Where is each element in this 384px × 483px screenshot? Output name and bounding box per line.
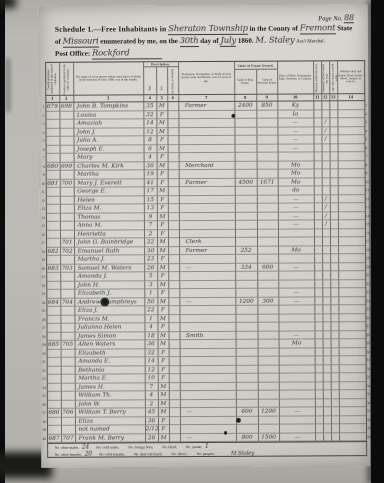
- personal-estate-value: [257, 127, 278, 136]
- remarks-value: [339, 271, 365, 280]
- color-value: [168, 221, 179, 230]
- birthplace-value: [279, 314, 315, 323]
- personal-estate-value: [257, 195, 278, 204]
- family-number: [60, 205, 74, 214]
- occupation-value: [179, 153, 235, 162]
- school-mark: [323, 288, 331, 297]
- row-number-right: 17: [366, 237, 371, 246]
- real-estate-value: [235, 204, 257, 213]
- real-estate-value: 1200: [236, 297, 258, 306]
- age-value: 10: [145, 374, 158, 383]
- age-value: 1: [145, 315, 158, 324]
- school-mark: [323, 416, 331, 425]
- family-number: [61, 273, 75, 282]
- person-name: John J.: [74, 128, 144, 137]
- color-value: [170, 434, 181, 443]
- family-number: [60, 188, 74, 197]
- real-estate-value: [235, 229, 257, 238]
- married-mark: [314, 203, 322, 212]
- real-estate-value: [235, 161, 257, 170]
- person-name: Amaziah: [74, 119, 144, 128]
- married-mark: [315, 399, 323, 408]
- col-num-8: 8: [235, 95, 257, 101]
- real-estate-value: [236, 365, 258, 374]
- personal-estate-value: 1500: [259, 433, 280, 442]
- color-value: [168, 111, 179, 120]
- col-header-married: Married within the year.: [314, 61, 322, 93]
- cannot-read-mark: [330, 186, 338, 195]
- occupation-value: [180, 374, 236, 383]
- personal-estate-value: [258, 365, 279, 374]
- person-name: Louisa: [74, 111, 144, 120]
- census-table: Dwelling-houses numbered in the order of…: [39, 60, 370, 458]
- birthplace-value: [279, 416, 315, 425]
- personal-estate-value: [258, 348, 279, 357]
- family-number: [61, 400, 75, 409]
- family-number: [61, 366, 75, 375]
- dwelling-number: [46, 213, 60, 222]
- row-number-right: 29: [366, 339, 371, 348]
- real-estate-value: 252: [236, 246, 258, 255]
- col-group-description: Description. Age. Sex. Color—White, blac…: [144, 62, 179, 94]
- school-mark: [323, 305, 331, 314]
- col-header-personal-estate: Value of Personal Estate.: [257, 70, 278, 94]
- school-mark: [323, 246, 331, 255]
- person-name: Elizabeth J.: [75, 289, 145, 298]
- personal-estate-value: [258, 374, 279, 383]
- ink-blot-small: [231, 114, 235, 118]
- sex-value: F: [157, 170, 168, 179]
- sex-value: M: [157, 162, 168, 171]
- person-name: Francis M.: [75, 315, 145, 324]
- birthplace-value: —: [279, 297, 315, 306]
- dwelling-number: [46, 171, 60, 180]
- real-estate-value: [236, 331, 258, 340]
- remarks-value: [339, 297, 365, 306]
- color-value: [168, 128, 179, 137]
- family-number: [60, 213, 74, 222]
- dwelling-number: [47, 400, 61, 409]
- color-value: [169, 332, 180, 341]
- color-value: [169, 366, 180, 375]
- family-number: [61, 332, 75, 341]
- sex-value: F: [157, 221, 168, 230]
- occupation-value: [180, 255, 236, 264]
- dwelling-number: [47, 349, 61, 358]
- person-name: Andrew Humphreys: [75, 298, 145, 307]
- col-num-3: 3: [74, 95, 144, 101]
- family-number: [61, 417, 75, 426]
- person-name: William Th.: [75, 391, 145, 400]
- cannot-read-mark: [330, 212, 338, 221]
- family-number: [60, 171, 74, 180]
- birthplace-value: —: [278, 203, 314, 212]
- birthplace-value: —: [279, 263, 315, 272]
- remarks-value: [339, 356, 365, 365]
- personal-estate-value: [258, 306, 279, 315]
- personal-estate-value: [258, 280, 279, 289]
- person-name: Elizabeth: [75, 349, 145, 358]
- remarks-value: [338, 229, 364, 238]
- personal-estate-value: [258, 382, 279, 391]
- sex-value: M: [158, 281, 169, 290]
- cannot-read-mark: [331, 314, 339, 323]
- real-estate-value: 4500: [235, 178, 257, 187]
- footer-tally: No. idiotic,: [171, 450, 189, 457]
- ink-blot-tiny: [224, 431, 227, 435]
- color-value: [169, 289, 180, 298]
- married-mark: [316, 433, 324, 442]
- dwelling-number: [46, 137, 60, 146]
- real-estate-value: [235, 170, 257, 179]
- occupation-value: [179, 212, 235, 221]
- occupation-value: [180, 382, 236, 391]
- personal-estate-value: [258, 357, 279, 366]
- remarks-value: [339, 237, 365, 246]
- real-estate-value: [236, 357, 258, 366]
- person-name: Mary: [74, 153, 144, 162]
- occupation-value: [179, 144, 235, 153]
- age-value: 23: [145, 255, 158, 264]
- sex-value: F: [158, 289, 169, 298]
- row-number-right: 12: [365, 195, 370, 204]
- cannot-read-mark: [331, 373, 339, 382]
- married-mark: [314, 178, 322, 187]
- personal-estate-value: 600: [258, 263, 279, 272]
- row-number-right: 36: [366, 399, 371, 408]
- occupation-value: [180, 289, 236, 298]
- school-mark: [322, 161, 330, 170]
- person-name: Samuel M. Waters: [75, 264, 145, 273]
- real-estate-value: [236, 306, 258, 315]
- age-value: 22: [145, 306, 158, 315]
- remarks-value: [338, 144, 364, 153]
- dwelling-number: [47, 417, 61, 426]
- real-estate-value: [236, 382, 258, 391]
- row-number-right: 34: [366, 382, 371, 391]
- footer-tally: No. insane, 1: [186, 443, 209, 450]
- occupation-value: Clerk: [180, 238, 236, 247]
- married-mark: [314, 152, 322, 161]
- schedule-line-1: Schedule 1.—Free Inhabitants in Sheraton…: [55, 23, 360, 35]
- personal-estate-value: [257, 119, 278, 128]
- occupation-value: [180, 357, 236, 366]
- married-mark: [314, 161, 322, 170]
- footer-line-2: No. white females, 20 No. col'd females,: [48, 449, 366, 458]
- dwelling-number: 680: [46, 162, 60, 171]
- family-number: 704: [61, 298, 75, 307]
- sex-value: M: [157, 119, 168, 128]
- age-value: 4: [144, 153, 157, 162]
- sex-value: F: [157, 136, 168, 145]
- county-handwritten: Fremont: [300, 23, 336, 34]
- person-name: James H.: [75, 383, 145, 392]
- married-mark: [314, 144, 322, 153]
- age-value: 4: [145, 391, 158, 400]
- color-value: [168, 196, 179, 205]
- table-row: 40 687 707 Frank M. Berry 26 M — 800 150…: [41, 433, 370, 443]
- family-number: 700: [60, 179, 74, 188]
- birthplace-value: [279, 322, 315, 331]
- remarks-value: [339, 280, 365, 289]
- age-value: 45: [145, 408, 158, 417]
- cannot-read-mark: [332, 433, 340, 442]
- occupation-value: [180, 391, 236, 400]
- birthplace-value: [279, 280, 315, 289]
- occupation-value: Merchant: [179, 161, 235, 170]
- cannot-read-mark: [331, 416, 339, 425]
- dwelling-number: 687: [48, 434, 62, 443]
- col-num-10: 10: [278, 94, 314, 100]
- personal-estate-value: 1671: [257, 178, 278, 187]
- age-value: 32: [145, 349, 158, 358]
- post-office-handwritten: Rockford: [92, 48, 162, 59]
- personal-estate-value: [258, 425, 279, 434]
- person-name: Thomas: [74, 213, 144, 222]
- age-value: 41: [144, 179, 157, 188]
- married-mark: [315, 356, 323, 365]
- sex-value: F: [158, 349, 169, 358]
- school-mark: /: [322, 127, 330, 136]
- sex-value: M: [158, 400, 169, 409]
- dwelling-number: [47, 383, 61, 392]
- census-scan: { "page": { "page_no_label": "Page No.",…: [0, 0, 384, 483]
- dwelling-number: [47, 366, 61, 375]
- age-value: 22: [145, 238, 158, 247]
- married-mark: [315, 263, 323, 272]
- ink-blot-large: [100, 297, 109, 306]
- married-mark: [314, 169, 322, 178]
- occupation-value: Smith: [180, 331, 236, 340]
- row-number-right: 22: [366, 280, 371, 289]
- sex-value: M: [158, 238, 169, 247]
- cannot-read-mark: [331, 356, 339, 365]
- school-mark: [323, 373, 331, 382]
- birthplace-value: —: [278, 144, 314, 153]
- school-mark: [323, 331, 331, 340]
- sex-value: M: [158, 332, 169, 341]
- row-number-right: 33: [366, 373, 371, 382]
- real-estate-value: [235, 221, 257, 230]
- age-value: 7: [144, 221, 157, 230]
- family-number: [61, 256, 75, 265]
- age-value: 2/12: [145, 425, 158, 434]
- personal-estate-value: [258, 246, 279, 255]
- row-number-right: 3: [365, 118, 370, 127]
- row-number-right: 20: [366, 263, 371, 272]
- age-value: 12: [144, 128, 157, 137]
- age-value: 36: [145, 340, 158, 349]
- family-number: 702: [61, 247, 75, 256]
- color-value: [169, 408, 180, 417]
- personal-estate-value: [258, 399, 279, 408]
- row-number-right: 5: [365, 135, 370, 144]
- age-value: 7: [145, 383, 158, 392]
- dwelling-number: [47, 324, 61, 333]
- personal-estate-value: [258, 391, 279, 400]
- person-name: Allen Waters: [75, 340, 145, 349]
- dwelling-number: 685: [47, 341, 61, 350]
- married-mark: [315, 407, 323, 416]
- row-number-right: 26: [366, 314, 371, 323]
- family-number: 705: [61, 341, 75, 350]
- row-number-right: 28: [366, 331, 371, 340]
- remarks-value: [339, 263, 365, 272]
- cannot-read-mark: [330, 144, 338, 153]
- personal-estate-value: [258, 416, 279, 425]
- row-number-right: 27: [366, 322, 371, 331]
- married-mark: [315, 254, 323, 263]
- occupation-value: Farmer: [179, 102, 235, 111]
- color-value: [168, 162, 179, 171]
- school-mark: [322, 101, 330, 110]
- col-num-1: 1: [46, 96, 60, 102]
- birthplace-value: do: [278, 186, 314, 195]
- school-mark: [323, 297, 331, 306]
- occupation-value: [179, 221, 235, 230]
- color-value: [168, 213, 179, 222]
- married-mark: [315, 297, 323, 306]
- row-number-right: 30: [366, 348, 371, 357]
- real-estate-value: 800: [237, 433, 259, 442]
- school-mark: [322, 152, 330, 161]
- real-estate-value: [236, 255, 258, 264]
- ink-blot-medium: [236, 418, 241, 423]
- school-mark: [323, 348, 331, 357]
- color-value: [169, 247, 180, 256]
- sex-value: M: [158, 298, 169, 307]
- sex-value: F: [157, 230, 168, 239]
- sex-value: M: [157, 187, 168, 196]
- color-value: [168, 153, 179, 162]
- census-page: Page No. 88 Schedule 1.—Free Inhabitants…: [39, 4, 370, 468]
- row-number-right: 31: [366, 356, 371, 365]
- scan-corner-shadow-topleft: [0, 0, 16, 8]
- sex-value: F: [158, 323, 169, 332]
- family-number: [61, 349, 75, 358]
- remarks-value: [338, 220, 364, 229]
- birthplace-value: —: [280, 433, 316, 442]
- sex-value: F: [158, 417, 169, 426]
- remarks-value: [339, 288, 365, 297]
- personal-estate-value: [257, 153, 278, 162]
- person-name: Emanuel Ruth: [75, 247, 145, 256]
- birthplace-value: —: [279, 331, 315, 340]
- sex-value: M: [157, 145, 168, 154]
- col-header-color: Color—White, black, or mulatto.: [168, 67, 179, 94]
- real-estate-value: [236, 425, 258, 434]
- sex-value: F: [158, 374, 169, 383]
- cannot-read-mark: [330, 110, 338, 119]
- occupation-value: [180, 314, 236, 323]
- person-name: Bethania: [75, 366, 145, 375]
- married-mark: [314, 220, 322, 229]
- color-value: [169, 281, 180, 290]
- age-value: 3: [145, 281, 158, 290]
- remarks-value: [339, 254, 365, 263]
- sex-value: M: [158, 383, 169, 392]
- row-number-right: 37: [366, 407, 371, 416]
- of-label: of: [55, 38, 61, 46]
- real-estate-value: [236, 280, 258, 289]
- color-value: [169, 391, 180, 400]
- age-value: 2: [145, 400, 158, 409]
- remarks-value: [339, 348, 365, 357]
- sex-value: M: [158, 264, 169, 273]
- occupation-value: —: [180, 263, 236, 272]
- occupation-value: [180, 365, 236, 374]
- cannot-read-mark: [330, 135, 338, 144]
- occupation-value: [179, 195, 235, 204]
- cannot-read-mark: [331, 246, 339, 255]
- cannot-read-mark: [331, 390, 339, 399]
- person-name: John H.: [75, 281, 145, 290]
- row-number-right: 19: [366, 254, 371, 263]
- age-value: 13: [144, 204, 157, 213]
- married-mark: [315, 365, 323, 374]
- remarks-value: [339, 407, 365, 416]
- color-value: [168, 102, 179, 111]
- married-mark: [315, 288, 323, 297]
- occupation-value: Farmer: [179, 178, 235, 187]
- family-number: [61, 375, 75, 384]
- occupation-value: [180, 323, 236, 332]
- school-mark: [323, 254, 331, 263]
- col-header-age: Age.: [144, 67, 157, 94]
- color-value: [168, 136, 179, 145]
- color-value: [169, 425, 180, 434]
- school-mark: [323, 356, 331, 365]
- married-mark: [315, 331, 323, 340]
- age-value: 26: [146, 434, 159, 443]
- school-mark: /: [322, 203, 330, 212]
- personal-estate-value: [257, 187, 278, 196]
- dwelling-number: 684: [47, 298, 61, 307]
- school-mark: [323, 314, 331, 323]
- school-mark: [323, 339, 331, 348]
- married-mark: [315, 339, 323, 348]
- person-name: William T. Berry: [75, 408, 145, 417]
- color-value: [169, 264, 180, 273]
- birthplace-value: [279, 356, 315, 365]
- remarks-value: [339, 322, 365, 331]
- col-num-11: 11: [314, 94, 322, 100]
- dwelling-number: [46, 230, 60, 239]
- family-number: [60, 137, 74, 146]
- cannot-read-mark: [330, 127, 338, 136]
- col-header-family: Families numbered in the order of visita…: [60, 63, 74, 95]
- real-estate-value: 2400: [235, 102, 257, 111]
- real-estate-value: [236, 314, 258, 323]
- remarks-value: [339, 382, 365, 391]
- table-footer: No. white males, 24 No. col'd males, No.…: [41, 441, 370, 458]
- cannot-read-mark: [330, 169, 338, 178]
- col-num-9: 9: [257, 95, 278, 101]
- school-mark: [322, 186, 330, 195]
- dwelling-number: 683: [47, 264, 61, 273]
- township-handwritten: Sheraton Township: [168, 24, 248, 35]
- col-header-dwelling: Dwelling-houses numbered in the order of…: [46, 63, 60, 95]
- row-number-right: 1: [365, 101, 370, 110]
- age-value: 5: [145, 272, 158, 281]
- age-value: 2: [144, 230, 157, 239]
- person-name: George E.: [74, 187, 144, 196]
- real-estate-value: [236, 391, 258, 400]
- birthplace-value: [279, 254, 315, 263]
- col-num-14: 14: [338, 94, 364, 100]
- dwelling-number: [46, 120, 60, 129]
- remarks-value: [338, 110, 364, 119]
